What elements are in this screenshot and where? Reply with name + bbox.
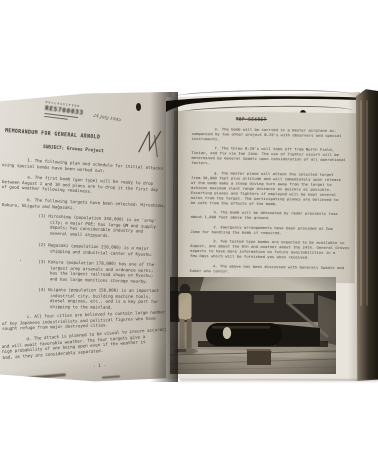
book-photo: SECRET DECLASSIFIED RE5700033 24 July 19…: [0, 0, 378, 472]
bomb-photo: [170, 277, 336, 374]
memo-paragraph: b. The following targets have been selec…: [2, 196, 172, 215]
page-edge-streak: [366, 100, 368, 306]
page-shading: [0, 322, 172, 382]
gutter-shadow: [150, 92, 178, 382]
memo-paragraph: 2. Emergency arrangements have been prov…: [172, 223, 355, 236]
memo-paragraph: 3. Two tested type bombs are expected to…: [172, 238, 355, 261]
memo-paragraph: f. The three B-29's will take off from N…: [173, 145, 356, 168]
photo-vignette: [170, 277, 336, 374]
classification-stamp-fragment: SECRET: [76, 92, 110, 100]
memo-paragraph: g. The master plane will attack the sele…: [173, 169, 356, 207]
memo-paragraph: h. The bomb will be detonated by radar p…: [173, 209, 356, 222]
page-edge-streak: [360, 100, 362, 306]
memo-paragraph: 4. The above has been discussed with Gen…: [172, 262, 355, 275]
document-page: TOP-SECRET e. The bomb will be carried i…: [172, 111, 357, 284]
memo-paragraph: a. The first bomb (gun type) will be rea…: [2, 173, 172, 199]
left-page: SECRET DECLASSIFIED RE5700033 24 July 19…: [0, 92, 172, 382]
memo-paragraph: e. The bomb will be carried in a master …: [174, 125, 357, 143]
declassified-stamp: DECLASSIFIED RE5700033: [44, 100, 137, 128]
book-bottom-shadow: [180, 379, 378, 383]
right-page: TOP-SECRET e. The bomb will be carried i…: [166, 92, 360, 382]
memo-subject: SUBJECT: Groves Project: [43, 145, 104, 154]
memo-heading: MEMORANDUM FOR GENERAL ARNOLD: [5, 129, 100, 141]
top-secret-heading: TOP-SECRET: [166, 116, 343, 124]
punch-hole: [136, 103, 141, 111]
book-edge: [356, 88, 378, 382]
